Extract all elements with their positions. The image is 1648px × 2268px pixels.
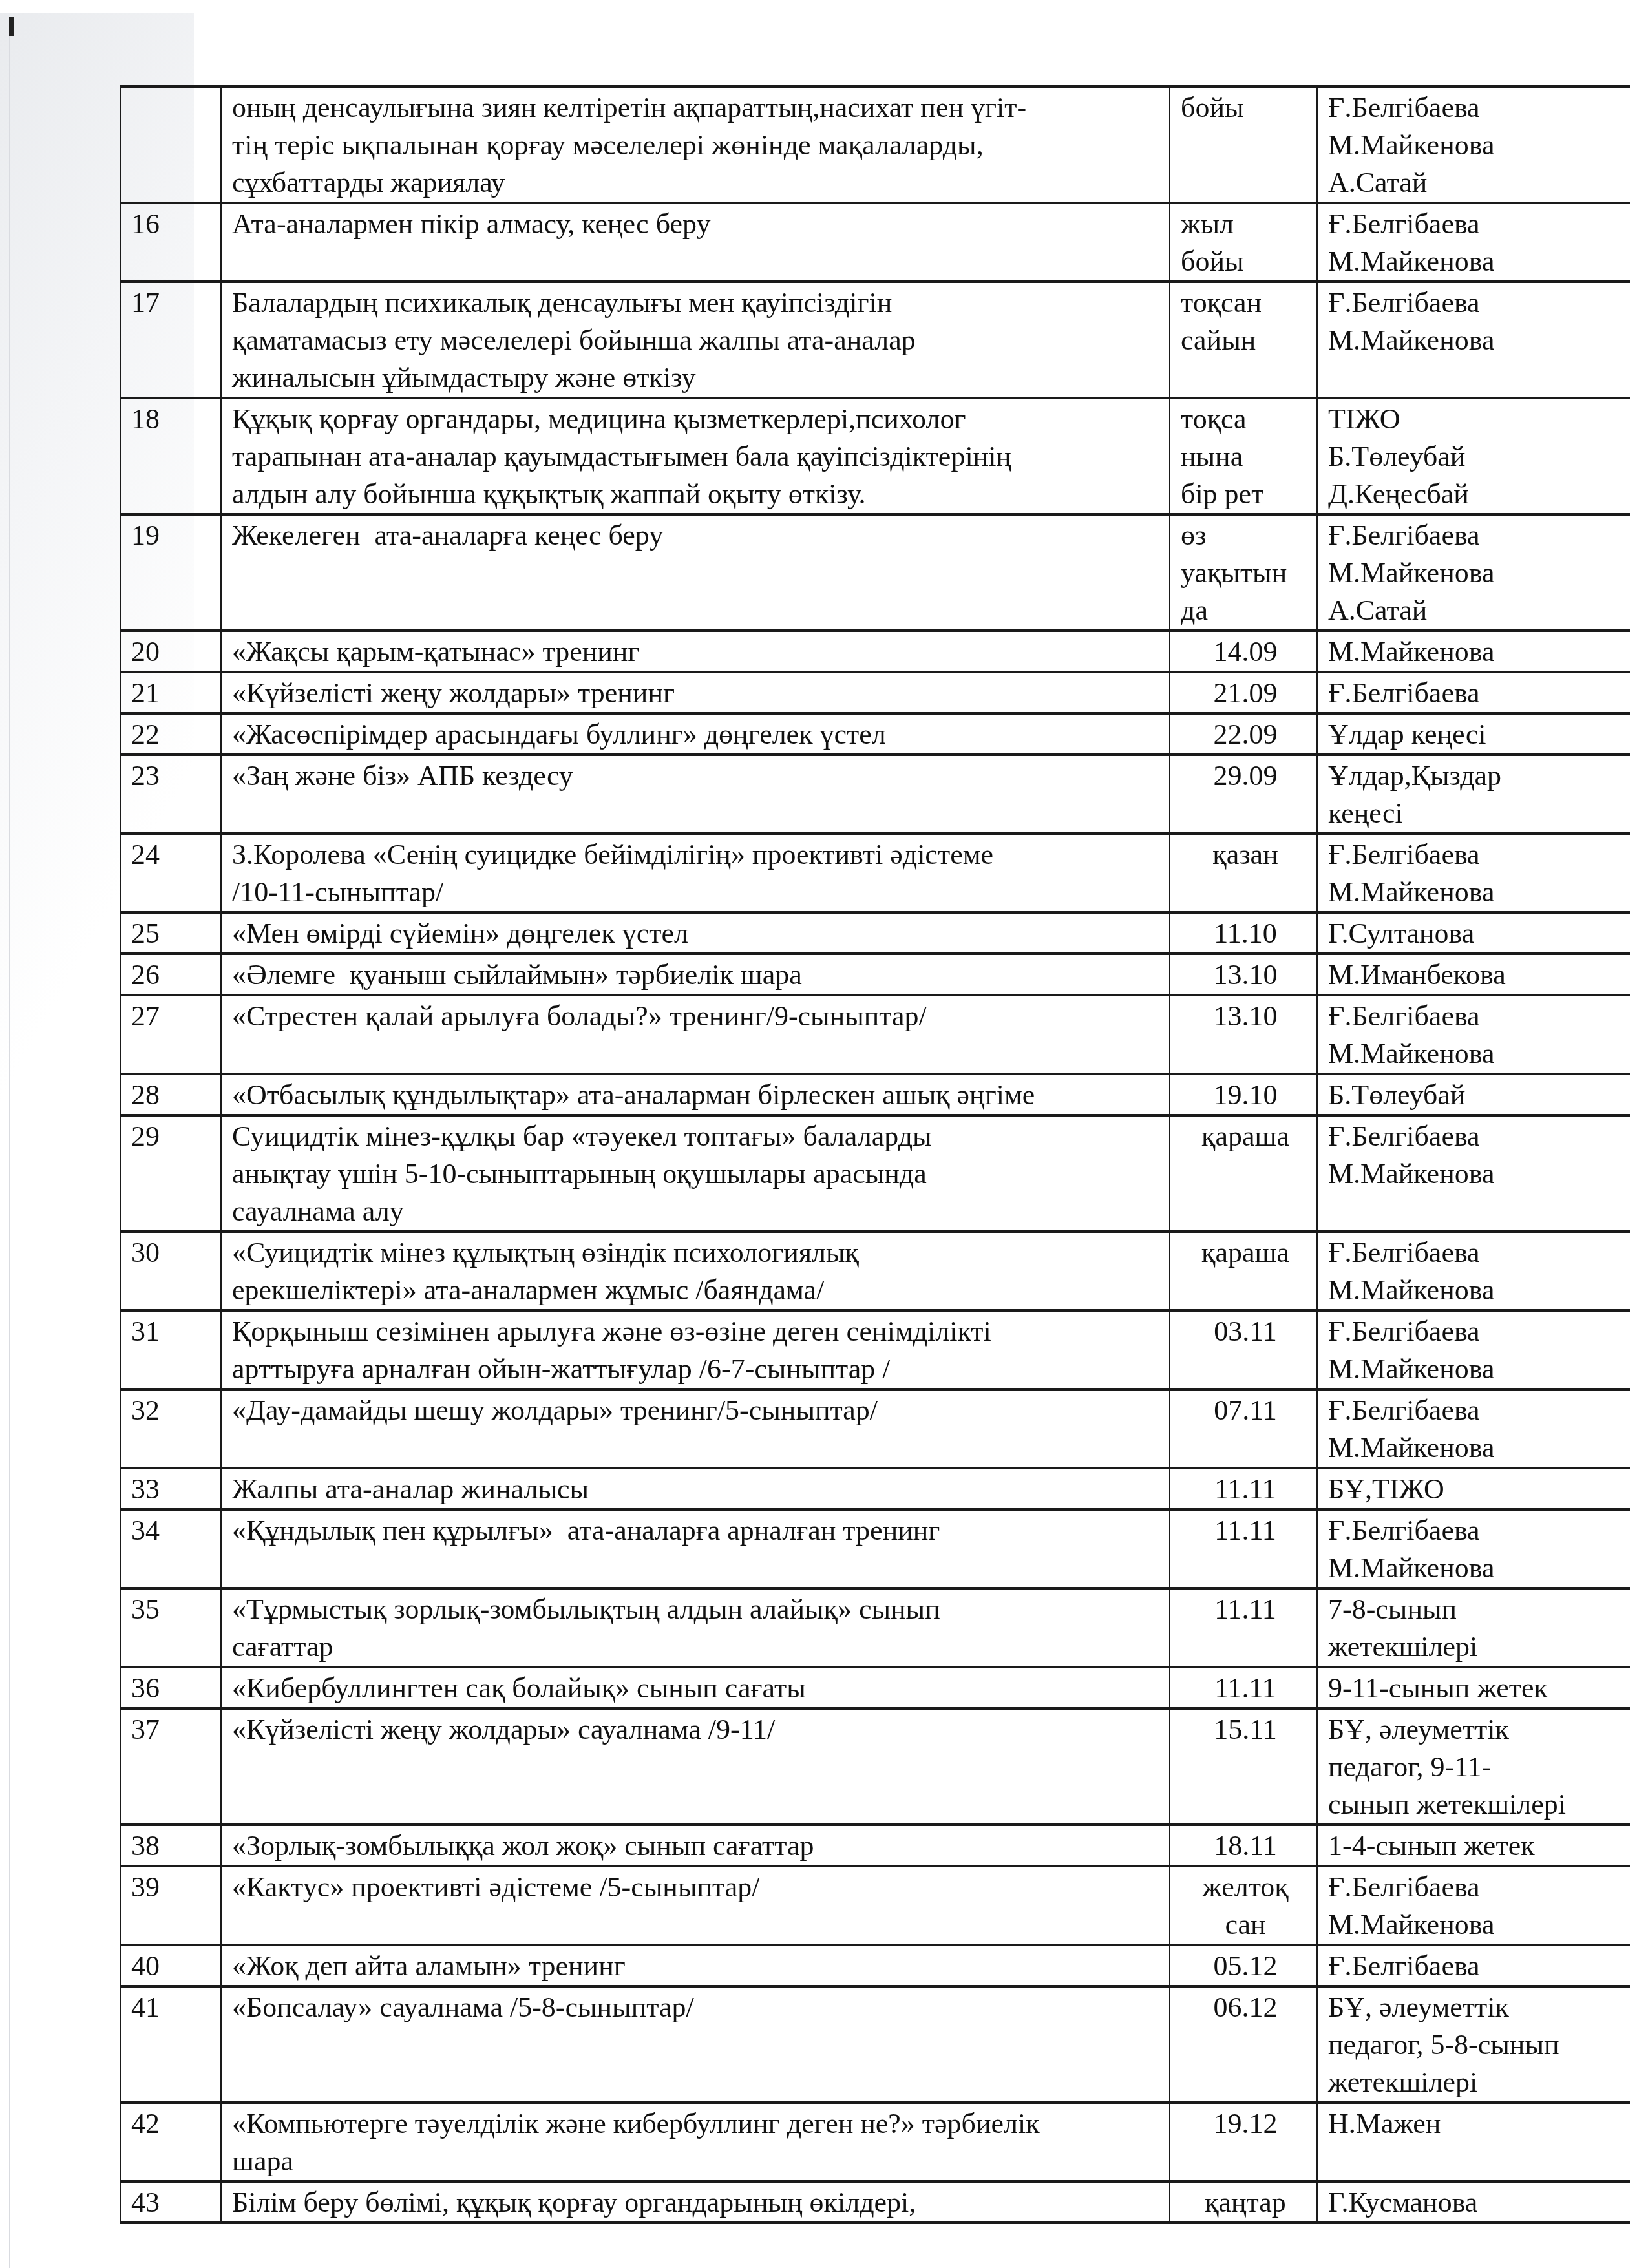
row-number: 21 [120, 672, 221, 713]
event-description: «Құндылық пен құрылғы» ата-аналарға арна… [221, 1509, 1170, 1588]
table-row: 23«Заң және біз» АПБ кездесу29.09Ұлдар,Қ… [120, 755, 1630, 834]
responsible-persons-line: М.Майкенова [1328, 1350, 1623, 1388]
event-description-line: Балалардың психикалық денсаулығы мен қау… [232, 284, 1163, 322]
event-description-line: «Тұрмыстық зорлық-зомбылықтың алдын алай… [232, 1591, 1163, 1628]
event-date: 22.09 [1170, 713, 1317, 755]
event-description: Жалпы ата-аналар жиналысы [221, 1468, 1170, 1509]
event-date-line: 19.10 [1181, 1076, 1310, 1114]
event-description-line: Қорқыныш сезімінен арылуға және өз-өзіне… [232, 1313, 1163, 1350]
event-description-line: «Жақсы қарым-қатынас» тренинг [232, 633, 1163, 671]
responsible-persons: Ұлдар,Қыздаркеңесі [1317, 755, 1630, 834]
event-date-line: қазан [1181, 836, 1310, 874]
responsible-persons-line: Ғ.Белгібаева [1328, 675, 1623, 712]
responsible-persons: Ғ.БелгібаеваМ.Майкенова [1317, 1310, 1630, 1389]
row-number: 23 [120, 755, 221, 834]
responsible-persons: БҰ, әлеуметтікпедагог, 9-11-сынып жетекш… [1317, 1708, 1630, 1825]
event-date: 11.11 [1170, 1509, 1317, 1588]
event-date-line: жыл [1181, 205, 1310, 243]
event-date: 14.09 [1170, 631, 1317, 672]
event-description: «Жасөспірімдер арасындағы буллинг» дөңге… [221, 713, 1170, 755]
event-date-line: қаңтар [1181, 2184, 1310, 2221]
event-description-line: жиналысын ұйымдастыру және өткізу [232, 359, 1163, 397]
event-date-line: 11.11 [1181, 1471, 1310, 1508]
responsible-persons: Ғ.БелгібаеваМ.МайкеноваА.Сатай [1317, 514, 1630, 631]
event-date-line: 11.11 [1181, 1512, 1310, 1549]
responsible-persons-line: Ғ.Белгібаева [1328, 1512, 1623, 1549]
event-date: 29.09 [1170, 755, 1317, 834]
row-number: 22 [120, 713, 221, 755]
row-number: 37 [120, 1708, 221, 1825]
responsible-persons: 1-4-сынып жетек [1317, 1825, 1630, 1866]
responsible-persons: Ғ.Белгібаева [1317, 1945, 1630, 1986]
row-number: 16 [120, 203, 221, 282]
responsible-persons-line: Ғ.Белгібаева [1328, 89, 1623, 127]
responsible-persons-line: Ғ.Белгібаева [1328, 998, 1623, 1035]
event-date-line: 21.09 [1181, 675, 1310, 712]
event-description-line: тарапынан ата-аналар қауымдастығымен бал… [232, 438, 1163, 476]
event-description-line: «Құндылық пен құрылғы» ата-аналарға арна… [232, 1512, 1163, 1549]
event-description: «Әлемге қуаныш сыйлаймын» тәрбиелік шара [221, 954, 1170, 995]
event-date-line: 03.11 [1181, 1313, 1310, 1350]
responsible-persons-line: жетекшілері [1328, 1628, 1623, 1666]
responsible-persons: Н.Мажен [1317, 2103, 1630, 2181]
responsible-persons: Ғ.Белгібаева [1317, 672, 1630, 713]
event-date: 21.09 [1170, 672, 1317, 713]
responsible-persons: 7-8-сыныпжетекшілері [1317, 1588, 1630, 1667]
responsible-persons-line: Ұлдар кеңесі [1328, 716, 1623, 753]
event-description-line: анықтау үшін 5-10-сыныптарының оқушылары… [232, 1155, 1163, 1193]
table-row: 16Ата-аналармен пікір алмасу, кеңес беру… [120, 203, 1630, 282]
event-date-line: 11.10 [1181, 915, 1310, 952]
event-description-line: «Компьютерге тәуелділік және кибербуллин… [232, 2105, 1163, 2143]
event-date-line: да [1181, 592, 1310, 629]
responsible-persons: БҰ,ТІЖО [1317, 1468, 1630, 1509]
event-date-line: 15.11 [1181, 1711, 1310, 1748]
row-number: 35 [120, 1588, 221, 1667]
responsible-persons: Ғ.БелгібаеваМ.Майкенова [1317, 995, 1630, 1074]
event-description: Құқық қорғау органдары, медицина қызметк… [221, 398, 1170, 514]
table-row: 37«Күйзелісті жеңу жолдары» сауалнама /9… [120, 1708, 1630, 1825]
responsible-persons-line: М.Иманбекова [1328, 956, 1623, 994]
event-description-line: «Зорлық-зомбылыққа жол жоқ» сынып сағатт… [232, 1827, 1163, 1865]
row-number: 20 [120, 631, 221, 672]
responsible-persons-line: М.Майкенова [1328, 1429, 1623, 1467]
responsible-persons-line: БҰ, әлеуметтік [1328, 1989, 1623, 2026]
event-description-line: шара [232, 2143, 1163, 2180]
event-date: 18.11 [1170, 1825, 1317, 1866]
event-description-line: «Әлемге қуаныш сыйлаймын» тәрбиелік шара [232, 956, 1163, 994]
event-date-line: бойы [1181, 243, 1310, 280]
responsible-persons-line: М.Майкенова [1328, 1549, 1623, 1587]
responsible-persons-line: Ұлдар,Қыздар [1328, 757, 1623, 795]
event-date: бойы [1170, 87, 1317, 203]
table-row: оның денсаулығына зиян келтіретін ақпара… [120, 87, 1630, 203]
table-row: 42«Компьютерге тәуелділік және кибербулл… [120, 2103, 1630, 2181]
event-date: 03.11 [1170, 1310, 1317, 1389]
event-date-line: 11.11 [1181, 1670, 1310, 1707]
event-description: оның денсаулығына зиян келтіретін ақпара… [221, 87, 1170, 203]
responsible-persons: М.Иманбекова [1317, 954, 1630, 995]
event-date-line: 11.11 [1181, 1591, 1310, 1628]
row-number: 33 [120, 1468, 221, 1509]
responsible-persons-line: М.Майкенова [1328, 1906, 1623, 1944]
table-row: 18Құқық қорғау органдары, медицина қызме… [120, 398, 1630, 514]
event-date: қаңтар [1170, 2181, 1317, 2223]
event-description: Балалардың психикалық денсаулығы мен қау… [221, 282, 1170, 398]
event-description-line: ерекшеліктері» ата-аналармен жұмыс /баян… [232, 1272, 1163, 1309]
row-number: 42 [120, 2103, 221, 2181]
event-description-line: сұхбаттарды жариялау [232, 164, 1163, 202]
responsible-persons-line: Ғ.Белгібаева [1328, 284, 1623, 322]
event-description: «Жоқ деп айта аламын» тренинг [221, 1945, 1170, 1986]
table-row: 27«Стрестен қалай арылуға болады?» трени… [120, 995, 1630, 1074]
event-date-line: нына [1181, 438, 1310, 476]
event-description-line: «Кибербуллингтен сақ болайық» сынып саға… [232, 1670, 1163, 1707]
event-description-line: «Күйзелісті жеңу жолдары» сауалнама /9-1… [232, 1711, 1163, 1748]
responsible-persons-line: 7-8-сынып [1328, 1591, 1623, 1628]
event-date-line: 19.12 [1181, 2105, 1310, 2143]
row-number: 29 [120, 1115, 221, 1232]
table-row: 24З.Королева «Сенің суицидке бейімділігі… [120, 834, 1630, 912]
event-plan-body: оның денсаулығына зиян келтіретін ақпара… [120, 87, 1630, 2223]
event-description-line: «Жоқ деп айта аламын» тренинг [232, 1948, 1163, 1985]
event-date: 19.12 [1170, 2103, 1317, 2181]
row-number: 25 [120, 912, 221, 954]
event-date-line: 29.09 [1181, 757, 1310, 795]
event-date-line: 13.10 [1181, 956, 1310, 994]
responsible-persons-line: Ғ.Белгібаева [1328, 1118, 1623, 1155]
responsible-persons-line: А.Сатай [1328, 164, 1623, 202]
event-date: 11.11 [1170, 1588, 1317, 1667]
responsible-persons-line: 9-11-сынып жетек [1328, 1670, 1623, 1707]
event-date-line: тоқса [1181, 401, 1310, 438]
row-number: 34 [120, 1509, 221, 1588]
table-row: 31Қорқыныш сезімінен арылуға және өз-өзі… [120, 1310, 1630, 1389]
responsible-persons: Ғ.БелгібаеваМ.Майкенова [1317, 1115, 1630, 1232]
event-description-line: сауалнама алу [232, 1193, 1163, 1230]
event-date-line: уақытын [1181, 554, 1310, 592]
event-description: «Компьютерге тәуелділік және кибербуллин… [221, 2103, 1170, 2181]
event-description-line: тің теріс ықпалынан қорғау мәселелері жө… [232, 127, 1163, 164]
event-description-line: /10-11-сыныптар/ [232, 874, 1163, 911]
event-date: 11.11 [1170, 1667, 1317, 1708]
responsible-persons-line: М.Майкенова [1328, 874, 1623, 911]
row-number: 28 [120, 1074, 221, 1115]
table-row: 40«Жоқ деп айта аламын» тренинг05.12Ғ.Бе… [120, 1945, 1630, 1986]
event-date: тоқсансайын [1170, 282, 1317, 398]
row-number: 24 [120, 834, 221, 912]
event-date: 13.10 [1170, 995, 1317, 1074]
responsible-persons-line: М.Майкенова [1328, 127, 1623, 164]
responsible-persons-line: М.Майкенова [1328, 1155, 1623, 1193]
event-description: «Мен өмірді сүйемін» дөңгелек үстел [221, 912, 1170, 954]
table-row: 19Жекелеген ата-аналарға кеңес беруөзуақ… [120, 514, 1630, 631]
responsible-persons-line: 1-4-сынып жетек [1328, 1827, 1623, 1865]
event-description-line: Білім беру бөлімі, құқық қорғау органдар… [232, 2184, 1163, 2221]
table-row: 38«Зорлық-зомбылыққа жол жоқ» сынып саға… [120, 1825, 1630, 1866]
event-date: желтоқсан [1170, 1866, 1317, 1945]
event-description-line: «Отбасылық құндылықтар» ата-аналарман бі… [232, 1076, 1163, 1114]
event-description: «Жақсы қарым-қатынас» тренинг [221, 631, 1170, 672]
event-description: Суицидтік мінез-құлқы бар «тәуекел топта… [221, 1115, 1170, 1232]
responsible-persons-line: М.Майкенова [1328, 1272, 1623, 1309]
responsible-persons: БҰ, әлеуметтікпедагог, 5-8-сыныпжетекшіл… [1317, 1986, 1630, 2103]
event-description: «Кибербуллингтен сақ болайық» сынып саға… [221, 1667, 1170, 1708]
event-date-line: қараша [1181, 1234, 1310, 1272]
event-date-line: бойы [1181, 89, 1310, 127]
event-date-line: 18.11 [1181, 1827, 1310, 1865]
responsible-persons: Ұлдар кеңесі [1317, 713, 1630, 755]
event-description-line: сағаттар [232, 1628, 1163, 1666]
event-description-line: арттыруға арналған ойын-жаттығулар /6-7-… [232, 1350, 1163, 1388]
event-description-line: қаматамасыз ету мәселелері бойынша жалпы… [232, 322, 1163, 359]
event-description-line: «Суицидтік мінез құлықтың өзіндік психол… [232, 1234, 1163, 1272]
event-date: қазан [1170, 834, 1317, 912]
event-description-line: «Дау-дамайды шешу жолдары» тренинг/5-сын… [232, 1392, 1163, 1429]
responsible-persons-line: Д.Кеңесбай [1328, 476, 1623, 513]
event-description-line: алдын алу бойынша құқықтық жаппай оқыту … [232, 476, 1163, 513]
event-date-line: желтоқ [1181, 1869, 1310, 1906]
event-date-line: бір рет [1181, 476, 1310, 513]
responsible-persons: Ғ.БелгібаеваМ.Майкенова [1317, 203, 1630, 282]
responsible-persons-line: ТІЖО [1328, 401, 1623, 438]
row-number [120, 87, 221, 203]
event-description: Қорқыныш сезімінен арылуға және өз-өзіне… [221, 1310, 1170, 1389]
event-description-line: «Бопсалау» сауалнама /5-8-сыныптар/ [232, 1989, 1163, 2026]
table-row: 34«Құндылық пен құрылғы» ата-аналарға ар… [120, 1509, 1630, 1588]
row-number: 41 [120, 1986, 221, 2103]
event-date: жылбойы [1170, 203, 1317, 282]
event-description: «Дау-дамайды шешу жолдары» тренинг/5-сын… [221, 1389, 1170, 1468]
responsible-persons-line: М.Майкенова [1328, 243, 1623, 280]
event-description-line: «Мен өмірді сүйемін» дөңгелек үстел [232, 915, 1163, 952]
event-date-line: қараша [1181, 1118, 1310, 1155]
event-description-line: «Күйзелісті жеңу жолдары» тренинг [232, 675, 1163, 712]
responsible-persons-line: М.Майкенова [1328, 1035, 1623, 1073]
event-description-line: Құқық қорғау органдары, медицина қызметк… [232, 401, 1163, 438]
event-date: 06.12 [1170, 1986, 1317, 2103]
event-description-line: Жекелеген ата-аналарға кеңес беру [232, 517, 1163, 554]
event-date: өзуақытында [1170, 514, 1317, 631]
scan-edge [9, 19, 10, 2268]
event-date-line: өз [1181, 517, 1310, 554]
row-number: 31 [120, 1310, 221, 1389]
event-description: «Күйзелісті жеңу жолдары» сауалнама /9-1… [221, 1708, 1170, 1825]
responsible-persons: Г.Султанова [1317, 912, 1630, 954]
responsible-persons-line: А.Сатай [1328, 592, 1623, 629]
event-plan-table: оның денсаулығына зиян келтіретін ақпара… [120, 85, 1630, 2224]
responsible-persons-line: кеңесі [1328, 795, 1623, 832]
responsible-persons-line: Ғ.Белгібаева [1328, 836, 1623, 874]
event-description: «Бопсалау» сауалнама /5-8-сыныптар/ [221, 1986, 1170, 2103]
event-description: З.Королева «Сенің суицидке бейімділігің»… [221, 834, 1170, 912]
responsible-persons: Ғ.БелгібаеваМ.Майкенова [1317, 834, 1630, 912]
table-row: 36«Кибербуллингтен сақ болайық» сынып са… [120, 1667, 1630, 1708]
event-date: 07.11 [1170, 1389, 1317, 1468]
row-number: 36 [120, 1667, 221, 1708]
responsible-persons: Ғ.БелгібаеваМ.Майкенова [1317, 1509, 1630, 1588]
row-number: 39 [120, 1866, 221, 1945]
event-description-line: оның денсаулығына зиян келтіретін ақпара… [232, 89, 1163, 127]
row-number: 27 [120, 995, 221, 1074]
responsible-persons-line: Ғ.Белгібаева [1328, 1392, 1623, 1429]
event-date-line: 14.09 [1181, 633, 1310, 671]
event-date: 19.10 [1170, 1074, 1317, 1115]
responsible-persons-line: педагог, 9-11- [1328, 1748, 1623, 1786]
responsible-persons-line: М.Майкенова [1328, 322, 1623, 359]
event-date-line: 13.10 [1181, 998, 1310, 1035]
responsible-persons-line: Ғ.Белгібаева [1328, 517, 1623, 554]
event-date-line: 07.11 [1181, 1392, 1310, 1429]
event-description: «Стрестен қалай арылуға болады?» тренинг… [221, 995, 1170, 1074]
table-row: 17Балалардың психикалық денсаулығы мен қ… [120, 282, 1630, 398]
event-date: қараша [1170, 1115, 1317, 1232]
responsible-persons: Ғ.БелгібаеваМ.Майкенова [1317, 1389, 1630, 1468]
table-row: 20«Жақсы қарым-қатынас» тренинг14.09М.Ма… [120, 631, 1630, 672]
event-date-line: тоқсан [1181, 284, 1310, 322]
responsible-persons: Ғ.БелгібаеваМ.Майкенова [1317, 282, 1630, 398]
event-description: «Суицидтік мінез құлықтың өзіндік психол… [221, 1232, 1170, 1310]
event-description-line: Суицидтік мінез-құлқы бар «тәуекел топта… [232, 1118, 1163, 1155]
responsible-persons-line: Б.Төлеубай [1328, 438, 1623, 476]
responsible-persons-line: Ғ.Белгібаева [1328, 1234, 1623, 1272]
responsible-persons-line: Б.Төлеубай [1328, 1076, 1623, 1114]
event-date: 13.10 [1170, 954, 1317, 995]
row-number: 38 [120, 1825, 221, 1866]
responsible-persons: Ғ.БелгібаеваМ.МайкеноваА.Сатай [1317, 87, 1630, 203]
responsible-persons: 9-11-сынып жетек [1317, 1667, 1630, 1708]
event-description: Білім беру бөлімі, құқық қорғау органдар… [221, 2181, 1170, 2223]
event-date-line: сайын [1181, 322, 1310, 359]
event-description-line: З.Королева «Сенің суицидке бейімділігің»… [232, 836, 1163, 874]
row-number: 43 [120, 2181, 221, 2223]
event-description: «Күйзелісті жеңу жолдары» тренинг [221, 672, 1170, 713]
responsible-persons-line: Г.Кусманова [1328, 2184, 1623, 2221]
responsible-persons-line: БҰ,ТІЖО [1328, 1471, 1623, 1508]
row-number: 19 [120, 514, 221, 631]
table-row: 22«Жасөспірімдер арасындағы буллинг» дөң… [120, 713, 1630, 755]
responsible-persons-line: Ғ.Белгібаева [1328, 205, 1623, 243]
row-number: 17 [120, 282, 221, 398]
responsible-persons-line: Г.Султанова [1328, 915, 1623, 952]
event-date: 15.11 [1170, 1708, 1317, 1825]
responsible-persons: М.Майкенова [1317, 631, 1630, 672]
row-number: 18 [120, 398, 221, 514]
event-description-line: Ата-аналармен пікір алмасу, кеңес беру [232, 205, 1163, 243]
responsible-persons-line: педагог, 5-8-сынып [1328, 2026, 1623, 2064]
responsible-persons-line: М.Майкенова [1328, 554, 1623, 592]
event-date: 11.10 [1170, 912, 1317, 954]
table-row: 21«Күйзелісті жеңу жолдары» тренинг21.09… [120, 672, 1630, 713]
event-date: қараша [1170, 1232, 1317, 1310]
event-description: «Кактус» проективті әдістеме /5-сыныптар… [221, 1866, 1170, 1945]
row-number: 40 [120, 1945, 221, 1986]
event-description: «Тұрмыстық зорлық-зомбылықтың алдын алай… [221, 1588, 1170, 1667]
table-row: 28«Отбасылық құндылықтар» ата-аналарман … [120, 1074, 1630, 1115]
event-date-line: 06.12 [1181, 1989, 1310, 2026]
table-row: 33Жалпы ата-аналар жиналысы11.11БҰ,ТІЖО [120, 1468, 1630, 1509]
responsible-persons-line: жетекшілері [1328, 2064, 1623, 2101]
responsible-persons-line: Ғ.Белгібаева [1328, 1313, 1623, 1350]
event-date: тоқсанынабір рет [1170, 398, 1317, 514]
event-description: «Отбасылық құндылықтар» ата-аналарман бі… [221, 1074, 1170, 1115]
responsible-persons: Ғ.БелгібаеваМ.Майкенова [1317, 1866, 1630, 1945]
responsible-persons-line: Н.Мажен [1328, 2105, 1623, 2143]
responsible-persons: Г.Кусманова [1317, 2181, 1630, 2223]
event-description-line: «Кактус» проективті әдістеме /5-сыныптар… [232, 1869, 1163, 1906]
event-description: «Заң және біз» АПБ кездесу [221, 755, 1170, 834]
row-number: 26 [120, 954, 221, 995]
table-row: 41«Бопсалау» сауалнама /5-8-сыныптар/06.… [120, 1986, 1630, 2103]
table-row: 39«Кактус» проективті әдістеме /5-сыныпт… [120, 1866, 1630, 1945]
event-description-line: «Стрестен қалай арылуға болады?» тренинг… [232, 998, 1163, 1035]
table-row: 43Білім беру бөлімі, құқық қорғау органд… [120, 2181, 1630, 2223]
row-number: 32 [120, 1389, 221, 1468]
event-description: «Зорлық-зомбылыққа жол жоқ» сынып сағатт… [221, 1825, 1170, 1866]
event-date-line: 22.09 [1181, 716, 1310, 753]
table-row: 30«Суицидтік мінез құлықтың өзіндік псих… [120, 1232, 1630, 1310]
table-row: 25«Мен өмірді сүйемін» дөңгелек үстел11.… [120, 912, 1630, 954]
scan-corner-mark [9, 17, 14, 36]
row-number: 30 [120, 1232, 221, 1310]
event-description-line: Жалпы ата-аналар жиналысы [232, 1471, 1163, 1508]
table-row: 35«Тұрмыстық зорлық-зомбылықтың алдын ал… [120, 1588, 1630, 1667]
event-date-line: сан [1181, 1906, 1310, 1944]
event-description-line: «Заң және біз» АПБ кездесу [232, 757, 1163, 795]
responsible-persons: Б.Төлеубай [1317, 1074, 1630, 1115]
responsible-persons: ТІЖОБ.ТөлеубайД.Кеңесбай [1317, 398, 1630, 514]
event-description: Жекелеген ата-аналарға кеңес беру [221, 514, 1170, 631]
responsible-persons-line: М.Майкенова [1328, 633, 1623, 671]
responsible-persons-line: сынып жетекшілері [1328, 1786, 1623, 1823]
table-row: 29Суицидтік мінез-құлқы бар «тәуекел топ… [120, 1115, 1630, 1232]
event-date: 05.12 [1170, 1945, 1317, 1986]
event-description: Ата-аналармен пікір алмасу, кеңес беру [221, 203, 1170, 282]
event-date: 11.11 [1170, 1468, 1317, 1509]
event-date-line: 05.12 [1181, 1948, 1310, 1985]
responsible-persons-line: БҰ, әлеуметтік [1328, 1711, 1623, 1748]
responsible-persons: Ғ.БелгібаеваМ.Майкенова [1317, 1232, 1630, 1310]
table-row: 32«Дау-дамайды шешу жолдары» тренинг/5-с… [120, 1389, 1630, 1468]
responsible-persons-line: Ғ.Белгібаева [1328, 1948, 1623, 1985]
responsible-persons-line: Ғ.Белгібаева [1328, 1869, 1623, 1906]
event-description-line: «Жасөспірімдер арасындағы буллинг» дөңге… [232, 716, 1163, 753]
table-row: 26«Әлемге қуаныш сыйлаймын» тәрбиелік ша… [120, 954, 1630, 995]
